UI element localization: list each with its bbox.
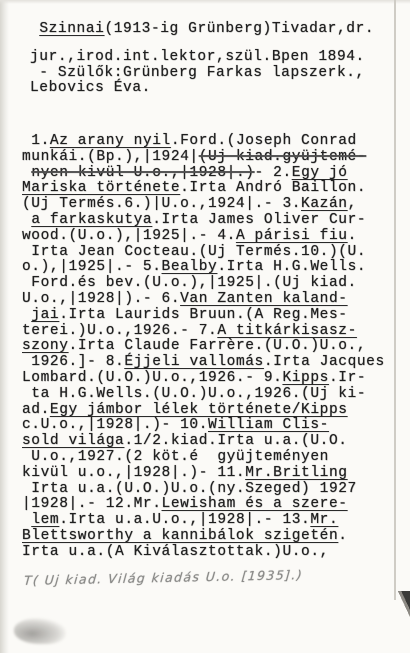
- typed-text: .Irta Andró Baillon.: [180, 180, 366, 196]
- typed-text: [22, 165, 31, 181]
- typed-line: Szinnai(1913-ig Grünberg)Tivadar,dr.: [30, 22, 374, 38]
- typed-line: Lebovics Éva.: [30, 81, 374, 97]
- typed-line: a farkaskutya.Irta James Oliver Cur-: [22, 213, 385, 229]
- typed-text: .Ford.(Joseph Conrad: [171, 133, 357, 149]
- typed-text: Irta Jean Cocteau.(Uj Termés.10.)(U.: [22, 244, 366, 260]
- typed-text: ad.: [22, 402, 50, 418]
- typed-line: o.),|1925|.- 5.Bealby.Irta H.G.Wells.: [22, 260, 385, 276]
- typed-line: Blettsworthy a kannibálok szigetén.: [22, 529, 385, 545]
- typed-line: Irta u.a.(A Kiválasztottak.)U.o.,: [22, 545, 385, 561]
- underlined-title-text: Blettsworthy a kannibálok szigetén: [22, 528, 338, 544]
- typed-line: Lombard.(U.O.)U.o.,1926.- 9.Kipps.Ir-: [22, 371, 385, 387]
- typed-line: Mariska története.Irta Andró Baillon.: [22, 181, 385, 197]
- typed-text: .1/2.kiad.Irta u.a.(U.O.: [124, 433, 347, 449]
- typed-line: (Uj Termés.6.)|U.o.,1924|.- 3.Kazán,: [22, 197, 385, 213]
- typed-line: szony.Irta Claude Farrère.(U.O.)U.o.,: [22, 339, 385, 355]
- typed-line: sold világa.1/2.kiad.Irta u.a.(U.O.: [22, 434, 385, 450]
- typed-text: [30, 21, 39, 37]
- typed-line: ta H.G.Wells.(U.O.)U.o.,1926.(Uj ki-: [22, 387, 385, 403]
- underlined-title-text: William Clis-: [208, 417, 329, 433]
- underlined-title-text: Éjjeli vallomás: [124, 354, 264, 370]
- underlined-title-text: Mr.: [310, 512, 338, 528]
- underlined-title-text: szony: [22, 338, 69, 354]
- typed-line: |1928|.- 12.Mr.Lewisham és a szere-: [22, 497, 385, 513]
- typed-line: U.o.,1927.(2 köt.é gyüjteményen: [22, 450, 385, 466]
- typed-text: Ford.és bev.(U.o.),|1925|.(Uj kiad.: [22, 275, 357, 291]
- underlined-title-text: A párisi fiu: [236, 228, 348, 244]
- underlined-title-text: jai: [31, 307, 59, 323]
- typed-line: Irta Jean Cocteau.(Uj Termés.10.)(U.: [22, 245, 385, 261]
- typed-text: .Irta James Oliver Cur-: [152, 212, 366, 228]
- card-right-edge-line: [394, 0, 396, 600]
- typed-line: Irta u.a.(U.O.)U.o.(ny.Szeged) 1927: [22, 482, 385, 498]
- typed-text: wood.(U.o.),|1925|.- 4.: [22, 228, 236, 244]
- underlined-title-text: Kipps: [282, 370, 329, 386]
- underlined-title-text: sold világa: [22, 433, 124, 449]
- typed-text: (1913-ig Grünberg)Tivadar,dr.: [104, 21, 374, 37]
- typed-text: Lebovics Éva.: [30, 80, 151, 96]
- typed-text: .Irta Claude Farrère.(U.O.)U.o.,: [69, 338, 367, 354]
- typed-line: kivül u.o.,|1928|.)- 11.Mr.Britling: [22, 466, 385, 482]
- underlined-title-text: Egy jámbor lélek története/Kipps: [50, 402, 348, 418]
- typed-text: [22, 512, 31, 528]
- smudge-mark: [14, 618, 66, 644]
- typed-text: U.o.,|1928|).- 6.: [22, 291, 180, 307]
- underlined-title-text: lem: [31, 512, 59, 528]
- typed-text: .: [348, 228, 357, 244]
- underlined-title-text: A titkárkisasz-: [217, 323, 357, 339]
- card-bibliography-block: 1.Az arany nyil.Ford.(Joseph Conradmunká…: [22, 134, 385, 561]
- pencil-struck-text: (Uj kiad.gyüjtemé-: [199, 149, 366, 165]
- typed-text: Irta u.a.(U.O.)U.o.(ny.Szeged) 1927: [22, 481, 357, 497]
- typed-line: ad.Egy jámbor lélek története/Kipps: [22, 403, 385, 419]
- underlined-title-text: a farkaskutya: [31, 212, 152, 228]
- typed-text: .: [338, 528, 347, 544]
- typed-line: 1.Az arany nyil.Ford.(Joseph Conrad: [22, 134, 385, 150]
- underlined-title-text: Mr.Britling: [245, 465, 347, 481]
- handwritten-pencil-note: T( Uj kiad. Világ kiadás U.o. [1935].): [23, 567, 303, 588]
- typed-line: wood.(U.o.),|1925|.- 4.A párisi fiu.: [22, 229, 385, 245]
- corner-fold-mark: [384, 591, 410, 653]
- typed-text: [22, 212, 31, 228]
- typed-text: c.U.o.,|1928|.)- 10.: [22, 417, 208, 433]
- typed-text: terei.)U.o.,1926.- 7.: [22, 323, 217, 339]
- typed-text: 1.: [22, 133, 50, 149]
- underlined-title-text: Van Zanten kaland-: [180, 291, 347, 307]
- typed-text: [22, 307, 31, 323]
- underlined-title-text: Egy jó: [292, 165, 348, 181]
- typed-text: jur.,irod.int.lektor,szül.Bpen 1894.: [30, 49, 365, 65]
- underlined-title-text: Bealby: [162, 259, 218, 275]
- scan-top-edge: [0, 0, 410, 4]
- underlined-title-text: Kazán: [301, 196, 348, 212]
- typed-text: Irta u.a.(A Kiválasztottak.)U.o.,: [22, 544, 329, 560]
- typed-line: c.U.o.,|1928|.)- 10.William Clis-: [22, 418, 385, 434]
- typed-line: jai.Irta Laurids Bruun.(A Reg.Mes-: [22, 308, 385, 324]
- typed-text: - Szülők:Grünberg Farkas lapszerk.,: [30, 65, 365, 81]
- typed-text: |1928|.- 12.Mr.: [22, 496, 162, 512]
- underlined-title-text: Lewisham és a szere-: [162, 496, 348, 512]
- catalog-card-scan: Szinnai(1913-ig Grünberg)Tivadar,dr.jur.…: [0, 0, 410, 653]
- underlined-title-text: Mariska története: [22, 180, 180, 196]
- typed-line: munkái.(Bp.),|1924|(Uj kiad.gyüjtemé-: [22, 150, 385, 166]
- typed-text: .Irta H.G.Wells.: [217, 259, 366, 275]
- typed-text: Lombard.(U.O.)U.o.,1926.- 9.: [22, 370, 282, 386]
- card-header-block: Szinnai(1913-ig Grünberg)Tivadar,dr.jur.…: [30, 22, 374, 97]
- typed-line: Ford.és bev.(U.o.),|1925|.(Uj kiad.: [22, 276, 385, 292]
- typed-text: o.),|1925|.- 5.: [22, 259, 162, 275]
- scan-left-edge: [0, 0, 9, 653]
- typed-text: .Irta Jacques: [264, 354, 385, 370]
- typed-line: jur.,irod.int.lektor,szül.Bpen 1894.: [30, 50, 374, 66]
- pencil-struck-text: nyen kivül U.o.,|1928|.): [31, 165, 254, 181]
- typed-text: kivül u.o.,|1928|.)- 11.: [22, 465, 245, 481]
- typed-text: .Irta u.a.U.o.,|1928|.- 13.: [59, 512, 310, 528]
- typed-line: 1926.]- 8.Éjjeli vallomás.Irta Jacques: [22, 355, 385, 371]
- typed-line: U.o.,|1928|).- 6.Van Zanten kaland-: [22, 292, 385, 308]
- typed-text: 1926.]- 8.: [22, 354, 124, 370]
- typed-text: munkái.(Bp.),|1924|: [22, 149, 199, 165]
- typed-text: - 2.: [255, 165, 292, 181]
- typed-text: ,: [348, 196, 357, 212]
- typed-text: .Irta Laurids Bruun.(A Reg.Mes-: [59, 307, 347, 323]
- underlined-title-text: Szinnai: [39, 21, 104, 37]
- typed-text: (Uj Termés.6.)|U.o.,1924|.- 3.: [22, 196, 301, 212]
- typed-text: U.o.,1927.(2 köt.é gyüjteményen: [22, 449, 329, 465]
- typed-text: .Ir-: [329, 370, 366, 386]
- typed-line: lem.Irta u.a.U.o.,|1928|.- 13.Mr.: [22, 513, 385, 529]
- typed-line: terei.)U.o.,1926.- 7.A titkárkisasz-: [22, 324, 385, 340]
- underlined-title-text: Az arany nyil: [50, 133, 171, 149]
- typed-text: ta H.G.Wells.(U.O.)U.o.,1926.(Uj ki-: [22, 386, 366, 402]
